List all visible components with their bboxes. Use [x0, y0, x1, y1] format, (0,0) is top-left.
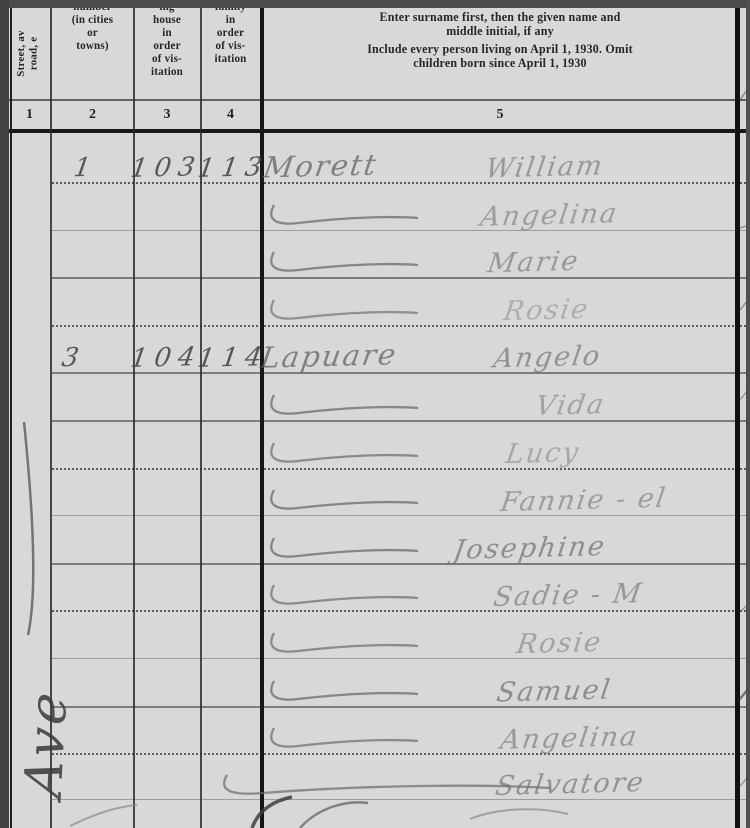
table-row: Vida — [0, 379, 750, 421]
partial-row-marks — [0, 788, 750, 828]
ditto-flourish — [264, 725, 424, 753]
family-entry: 113 — [196, 152, 271, 184]
surname-entry: Morett — [261, 148, 380, 185]
given-name-entry: Angelo — [491, 341, 603, 375]
given-name-entry: Vida — [534, 389, 608, 422]
given-name-entry: Angelina — [478, 198, 620, 233]
column-header-street: Street, av road, e — [10, 8, 49, 99]
census-sheet-scan: Street, av road, e number (in cities or … — [0, 0, 750, 828]
column-header-name-instruction: Enter surname first, then the given name… — [289, 10, 711, 38]
table-row: Fannie - el — [0, 474, 750, 516]
given-name-entry: Sadie - M — [491, 578, 645, 613]
given-name-entry: Marie — [485, 246, 581, 279]
ditto-flourish — [264, 249, 424, 277]
column-number-1: 1 — [9, 104, 50, 126]
ditto-flourish — [264, 630, 424, 658]
table-row: Angelina — [0, 712, 750, 754]
given-name-entry: Josephine — [451, 531, 608, 566]
table-row: Josephine — [0, 522, 750, 564]
ditto-flourish — [264, 487, 424, 515]
ditto-flourish — [264, 392, 424, 420]
surname-entry: Lapuare — [258, 337, 400, 375]
given-name-entry: Samuel — [494, 675, 613, 709]
table-row: Sadie - M — [0, 569, 750, 611]
given-name-entry: Angelina — [498, 721, 640, 756]
header-heavy-rule — [9, 129, 746, 133]
column-number-3: 3 — [135, 104, 199, 126]
given-name-entry: Fannie - el — [498, 483, 669, 518]
column-number-2: 2 — [52, 104, 133, 126]
table-row: Samuel — [0, 665, 750, 707]
given-name-entry: Lucy — [504, 437, 583, 470]
table-row: Angelina — [0, 189, 750, 231]
column-header-house-number: number (in cities or towns) — [54, 1, 132, 53]
given-name-entry: Rosie — [514, 627, 604, 660]
table-row: Rosie — [0, 617, 750, 659]
column-header-family: family in order of vis- itation — [203, 1, 258, 66]
ditto-flourish — [264, 297, 424, 325]
ditto-flourish — [264, 440, 424, 468]
ditto-flourish — [264, 202, 424, 230]
ditto-flourish — [264, 535, 424, 563]
table-row: Lucy — [0, 427, 750, 469]
column-header-street-text: Street, av road, e — [10, 8, 49, 99]
dwelling-entry: 104 — [129, 342, 204, 374]
scan-edge-top — [0, 0, 750, 8]
table-row: 1 103 113 Morett William — [0, 141, 750, 183]
table-row: Marie — [0, 236, 750, 278]
street-flourish — [0, 410, 60, 660]
scan-edge-left — [0, 0, 9, 828]
house-number-entry: 3 — [60, 343, 88, 374]
header-separator-line — [9, 99, 746, 101]
column-number-4: 4 — [202, 104, 259, 126]
column-header-dwelling: ing house in order of vis- itation — [136, 1, 197, 79]
dwelling-entry: 103 — [129, 152, 204, 184]
ditto-flourish — [264, 678, 424, 706]
house-number-entry: 1 — [72, 153, 100, 184]
given-name-entry: William — [483, 150, 606, 184]
table-row: 3 104 114 Lapuare Angelo — [0, 331, 750, 373]
scan-edge-right — [746, 0, 750, 828]
column-header-name-note: Include every person living on April 1, … — [281, 42, 719, 70]
ditto-flourish — [264, 582, 424, 610]
table-row: Rosie — [0, 284, 750, 326]
given-name-entry: Rosie — [501, 294, 591, 327]
column-number-5: 5 — [266, 104, 734, 126]
